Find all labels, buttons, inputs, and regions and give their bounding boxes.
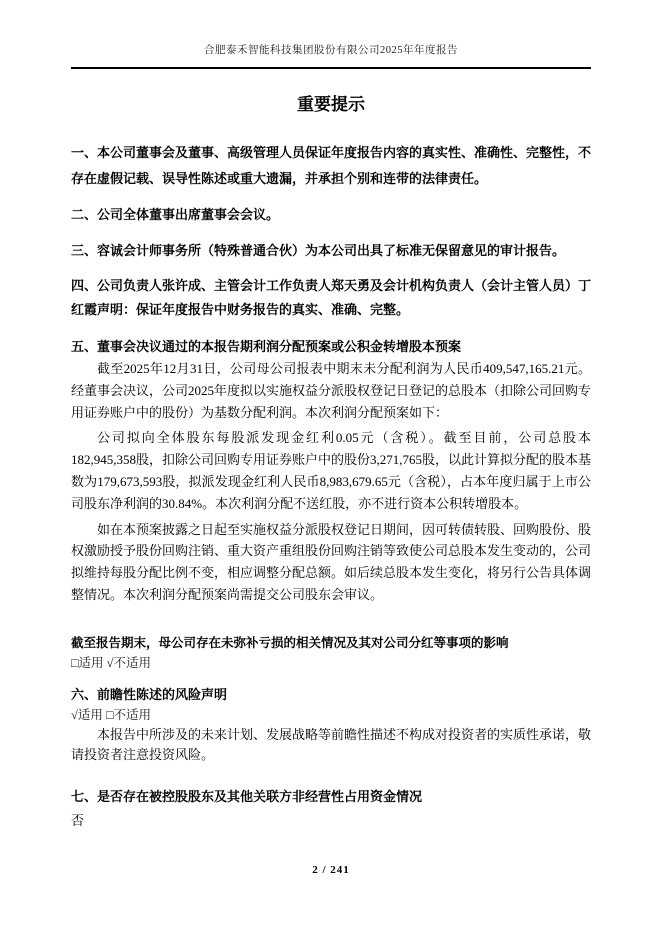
page-title: 重要提示 [71,94,591,116]
section-5-heading: 五、董事会决议通过的本报告期利润分配预案或公积金转增股本预案 [71,336,591,358]
section-6-body: 本报告中所涉及的未来计划、发展战略等前瞻性描述不构成对投资者的实质性承诺，敬请投… [71,725,591,765]
header-divider [71,67,591,69]
section-6-heading: 六、前瞻性陈述的风险声明 [71,685,591,705]
page-content: 合肥泰禾智能科技集团股份有限公司2025年年度报告 重要提示 一、本公司董事会及… [0,44,662,831]
section-5-paragraph-1: 截至2025年12月31日，公司母公司报表中期末未分配利润为人民币409,547… [71,358,591,423]
report-header-title: 合肥泰禾智能科技集团股份有限公司2025年年度报告 [71,44,591,58]
paragraph-item-3: 三、容诚会计师事务所（特殊普通合伙）为本公司出具了标准无保留意见的审计报告。 [71,238,591,264]
report-page: 合肥泰禾智能科技集团股份有限公司2025年年度报告 重要提示 一、本公司董事会及… [0,0,662,936]
page-number: 2 / 241 [0,864,662,876]
paragraph-item-2: 二、公司全体董事出席董事会会议。 [71,202,591,228]
section-7-answer: 否 [71,811,591,831]
uncovered-loss-heading: 截至报告期末，母公司存在未弥补亏损的相关情况及其对公司分红等事项的影响 [71,633,591,653]
section-5-paragraph-2: 公司拟向全体股东每股派发现金红利0.05元（含税）。截至目前，公司总股本182,… [71,427,591,514]
paragraph-item-1: 一、本公司董事会及董事、高级管理人员保证年度报告内容的真实性、准确性、完整性，不… [71,140,591,192]
section-7-heading: 七、是否存在被控股股东及其他关联方非经营性占用资金情况 [71,787,591,807]
paragraph-item-4: 四、公司负责人张许成、主管会计工作负责人郑天勇及会计机构负责人（会计主管人员）丁… [71,274,591,322]
section-6-applicability: √适用 □不适用 [71,705,591,725]
uncovered-loss-applicability: □适用 √不适用 [71,653,591,673]
section-5-paragraph-3: 如在本预案披露之日起至实施权益分派股权登记日期间，因可转债转股、回购股份、股权激… [71,519,591,606]
